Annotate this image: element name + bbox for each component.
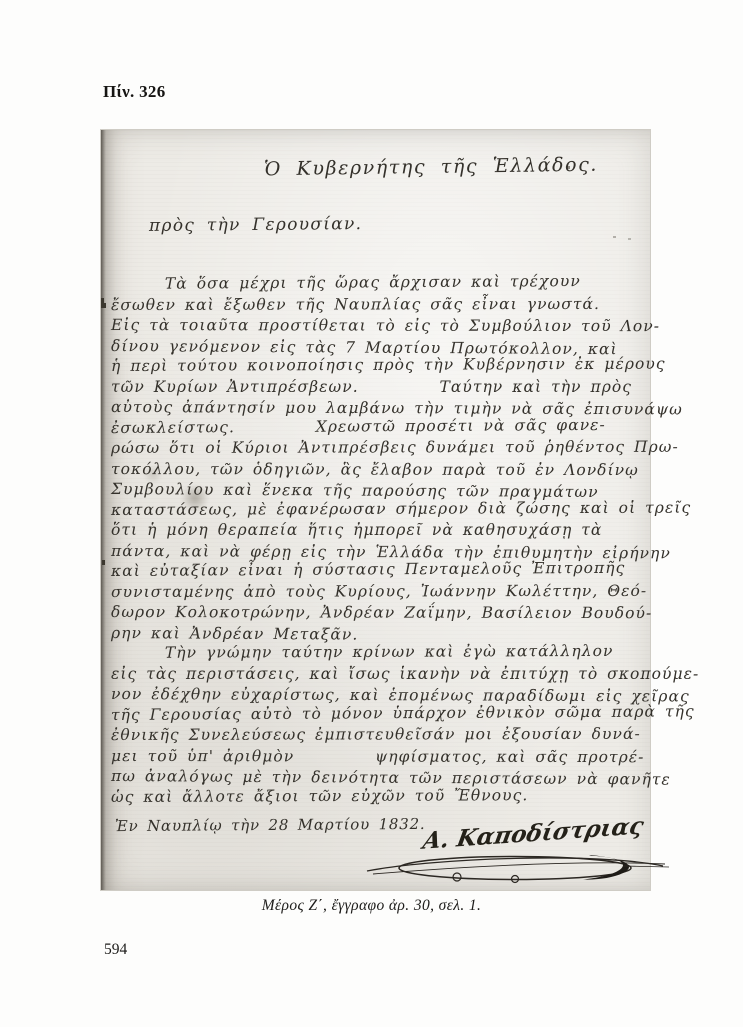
manuscript-line: τῆς Γερουσίας αὐτὸ τὸ μόνον ὑπάρχον ἐθνι…: [111, 701, 643, 725]
manuscript-line: εἰς τὰς περιστάσεις, καὶ ἴσως ἱκανὴν νὰ …: [111, 664, 643, 685]
manuscript-line: ὅτι ἡ μόνη θεραπεία ἥτις ἠμπορεῖ νὰ καθη…: [111, 520, 643, 541]
manuscript-line: Τὰ ὅσα μέχρι τῆς ὥρας ἄρχισαν καὶ τρέχου…: [111, 271, 643, 295]
manuscript-line: καταστάσεως, μὲ ἐφανέρωσαν σήμερον διὰ ζ…: [111, 497, 643, 520]
manuscript-line: Εἰς τὰ τοιαῦτα προστίθεται τὸ εἰς τὸ Συμ…: [111, 315, 643, 337]
manuscript-line: ἔσωθεν καὶ ἔξωθεν τῆς Ναυπλίας σᾶς εἶναι…: [111, 293, 643, 315]
manuscript-line: τῶν Κυρίων Ἀντιπρέσβεων. Ταύτην καὶ τὴν …: [111, 377, 643, 398]
manuscript-line: μει τοῦ ὑπ' ἀριθμὸν ψηφίσματος, καὶ σᾶς …: [111, 746, 643, 768]
manuscript-line: ὡς καὶ ἄλλοτε ἄξιοι τῶν εὐχῶν τοῦ Ἔθνους…: [111, 784, 643, 807]
manuscript-line: ἡ περὶ τούτου κοινοποίησις πρὸς τὴν Κυβέ…: [111, 354, 643, 377]
book-page: Πίν. 326 Ὁ Κυβερνήτης τῆς Ἑλλάδος. πρὸς …: [0, 0, 743, 1027]
manuscript-line: δωρον Κολοκοτρώνην, Ἀνδρέαν Ζαΐμην, Βασί…: [111, 602, 643, 624]
manuscript-dateline: Ἐν Ναυπλίῳ τὴν 28 Μαρτίου 1832.: [115, 815, 426, 835]
handwritten-letter: Ὁ Κυβερνήτης τῆς Ἑλλάδος. πρὸς τὴν Γερου…: [101, 130, 650, 890]
manuscript-heading: Ὁ Κυβερνήτης τῆς Ἑλλάδος.: [264, 154, 598, 181]
signature-flourish-icon: [365, 844, 670, 890]
page-number: 594: [104, 941, 127, 959]
manuscript-body: Τὰ ὅσα μέχρι τῆς ὥρας ἄρχισαν καὶ τρέχου…: [111, 274, 643, 807]
manuscript-line: καὶ εὐταξίαν εἶναι ἡ σύστασις Πενταμελοῦ…: [111, 558, 643, 582]
manuscript-line: ρώσω ὅτι οἱ Κύριοι Ἀντιπρέσβεις δυνάμει …: [111, 437, 643, 459]
manuscript-line: ἐθνικῆς Συνελεύσεως ἐμπιστευθεῖσάν μοι ἐ…: [111, 724, 643, 746]
plate-label: Πίν. 326: [103, 82, 166, 102]
manuscript-line: Τὴν γνώμην ταύτην κρίνων καὶ ἐγὼ κατάλλη…: [111, 641, 643, 664]
manuscript-scan: Ὁ Κυβερνήτης τῆς Ἑλλάδος. πρὸς τὴν Γερου…: [100, 129, 651, 891]
manuscript-salutation: πρὸς τὴν Γερουσίαν.: [149, 214, 362, 236]
manuscript-line: συνισταμένης ἀπὸ τοὺς Κυρίους, Ἰωάννην Κ…: [111, 580, 643, 602]
manuscript-line: τοκόλλου, τῶν ὁδηγιῶν, ἃς ἔλαβον παρὰ το…: [111, 459, 643, 481]
figure-caption: Μέρος Ζ΄, ἔγγραφο ἀρ. 30, σελ. 1.: [0, 897, 743, 915]
manuscript-line: ἐσωκλείστως. Χρεωστῶ προσέτι νὰ σᾶς φανε…: [111, 414, 643, 438]
